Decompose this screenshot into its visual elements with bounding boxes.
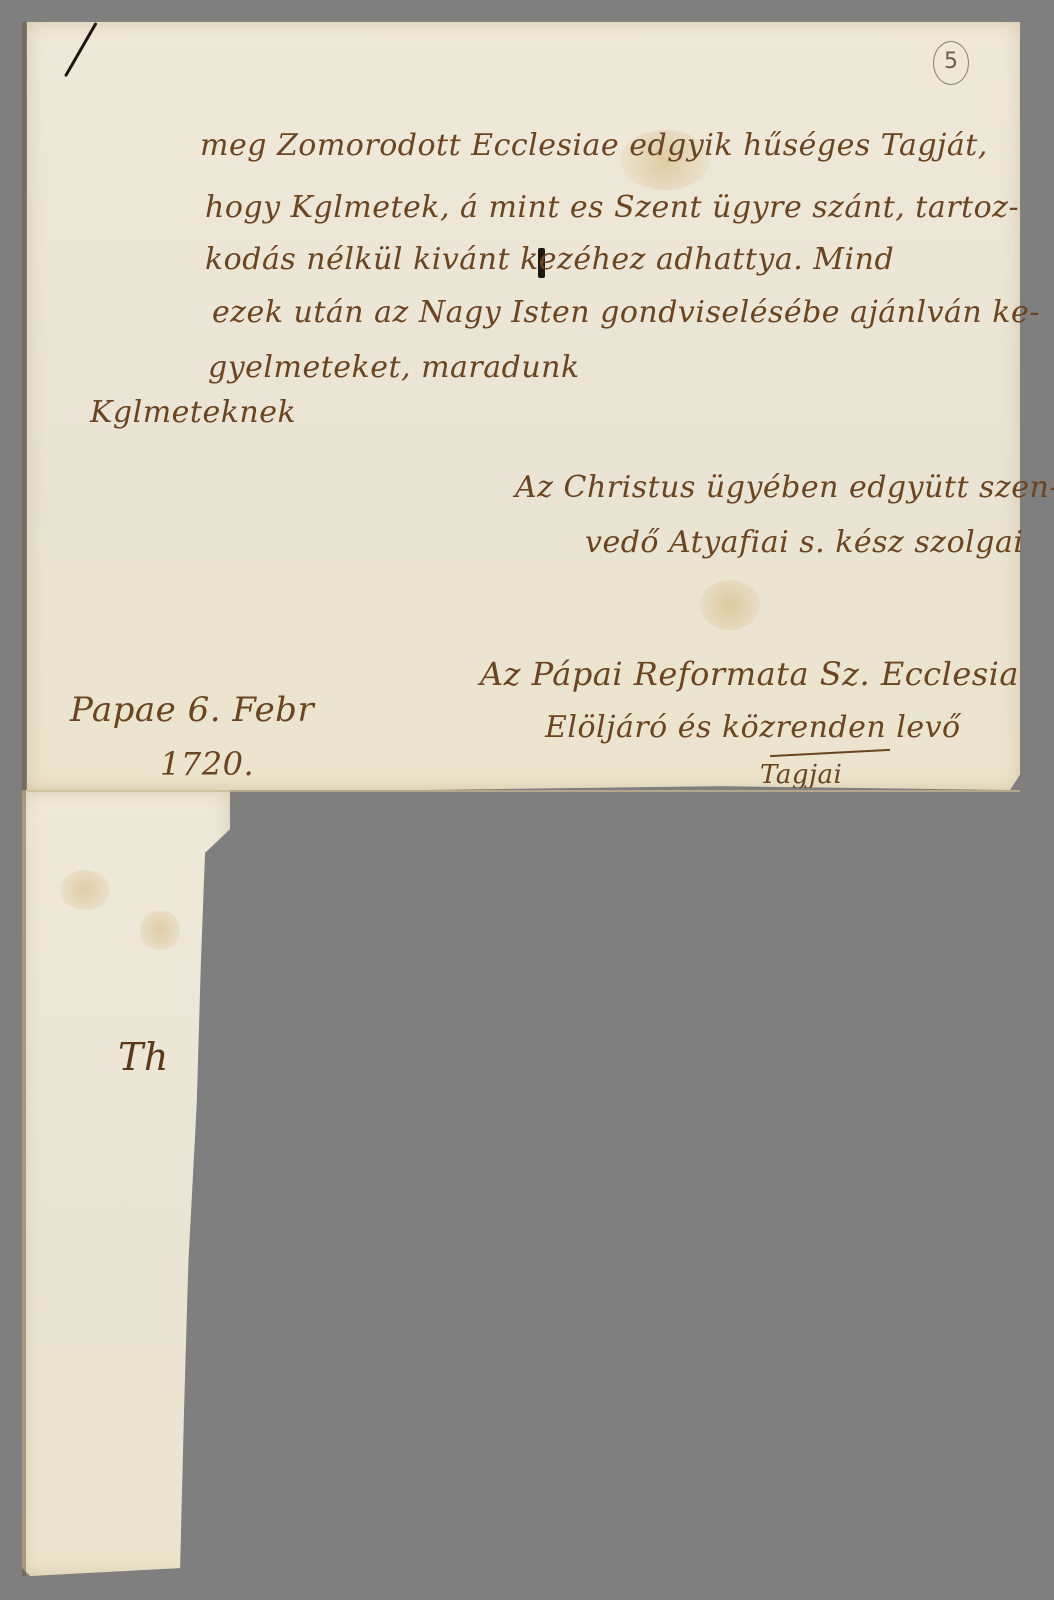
body-line-4: ezek után az Nagy Isten gondviselésébe a… [212,295,1040,330]
body-line-2: hogy Kglmetek, á mint es Szent ügyre szá… [205,190,1019,225]
signature-line-2: vedő Atyafiai s. kész szolgai [585,525,1023,560]
fragment-text: Th [118,1035,169,1079]
stain [140,910,180,950]
folio-number: 5 [933,41,969,85]
dateline-year: 1720. [160,745,254,783]
fold-crease [27,790,1020,792]
stain [60,870,110,910]
sender-line-3-cut: Tagjai [760,760,842,788]
body-line-5: gyelmeteket, maradunk [208,350,580,385]
salutation: Kglmeteknek [90,395,296,430]
body-line-3: kodás nélkül kivánt kezéhez adhattya. Mi… [205,242,894,277]
stain [700,580,760,630]
body-line-1: meg Zomorodott Ecclesiae edgyik hűséges … [200,128,988,163]
sender-line-2: Elöljáró és közrenden levő [545,710,961,745]
letter-sheet-lower-fragment [22,790,230,1576]
signature-line-1: Az Christus ügyében edgyütt szen- [515,470,1054,505]
binding-edge [22,22,26,1576]
dateline-place-day: Papae 6. Febr [70,690,314,730]
sender-line-1: Az Pápai Reformata Sz. Ecclesia [480,655,1019,693]
